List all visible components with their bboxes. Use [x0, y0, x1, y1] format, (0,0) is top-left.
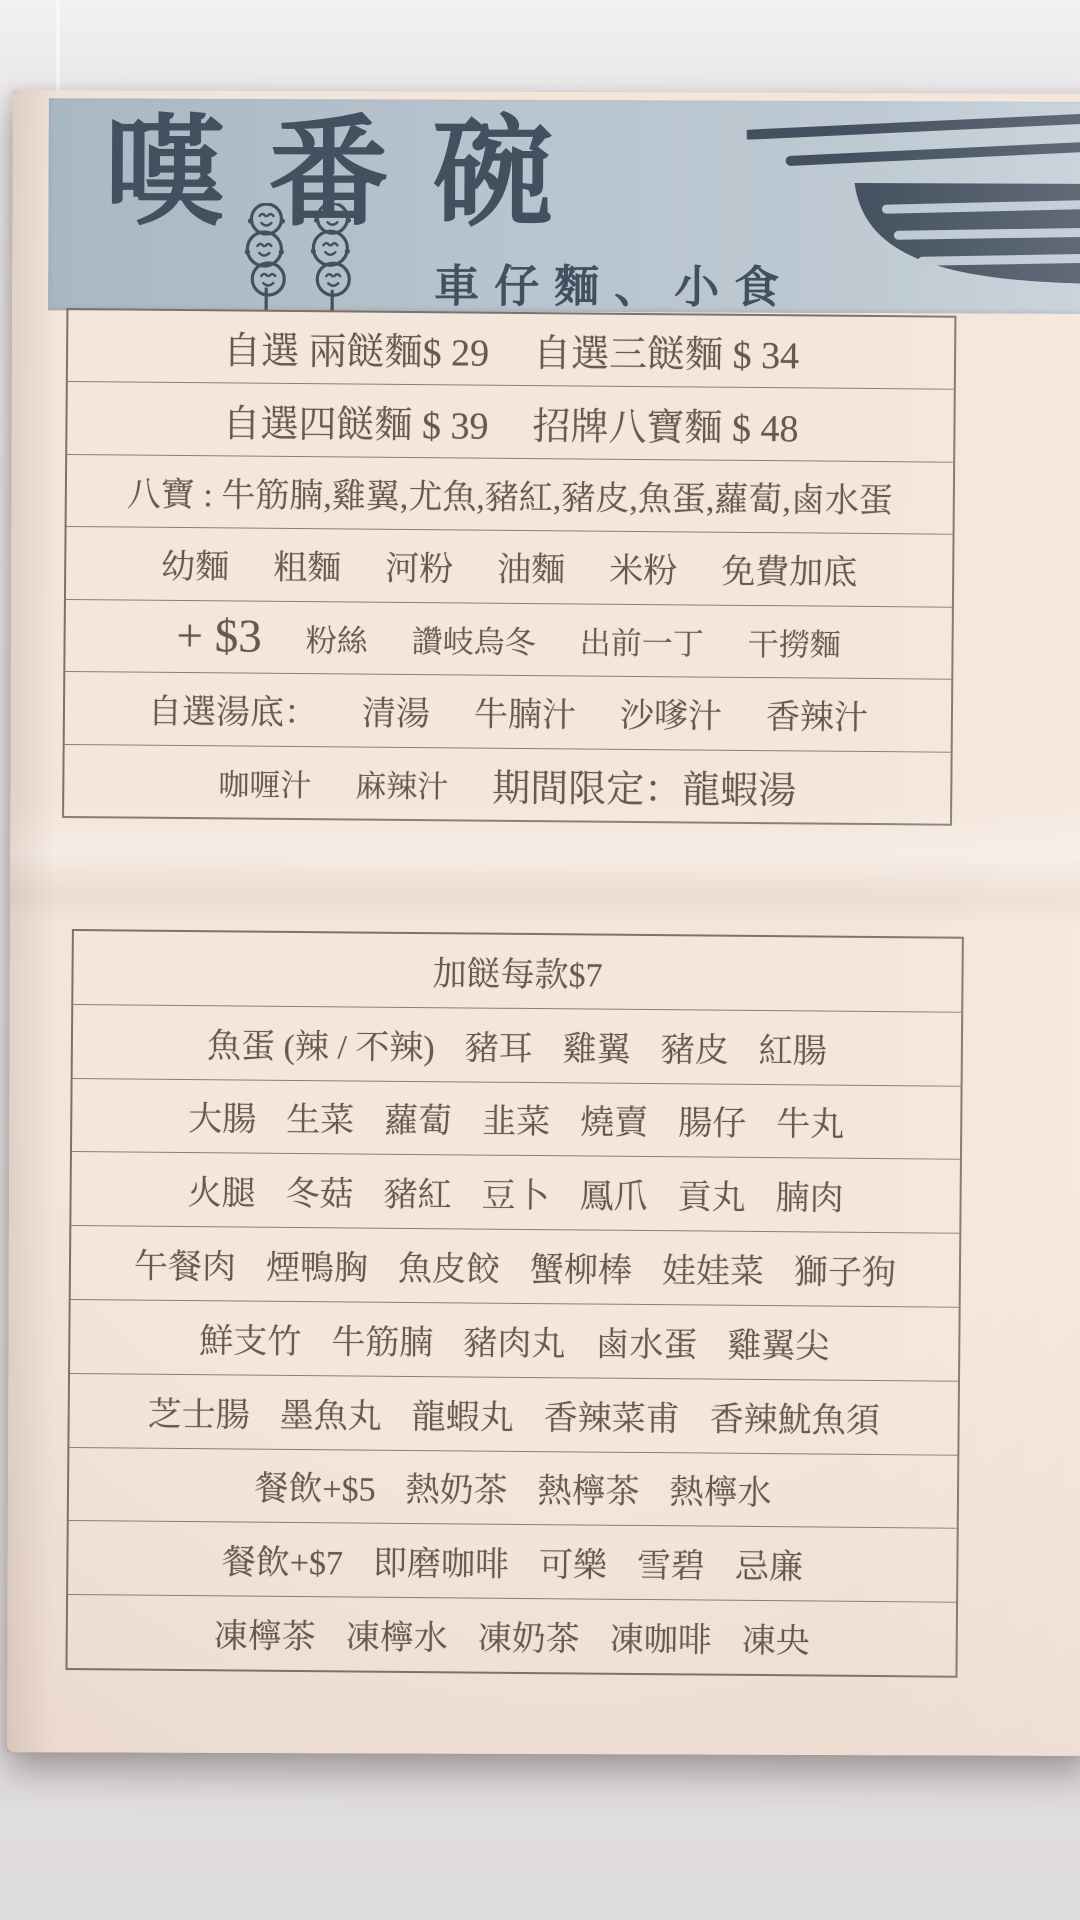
menu-item-text: 熱檸水 — [669, 1465, 771, 1515]
bowl-logo-icon — [746, 105, 1080, 302]
menu-row: 自選 兩餸麵$ 29自選三餸麵 $ 34 — [68, 310, 955, 389]
menu-item-text: 魚皮餃 — [398, 1241, 500, 1291]
menu-photo: 嘆番碗 — [0, 0, 1080, 1920]
menu-item-text: 冬菇 — [285, 1166, 353, 1216]
menu-row: 咖喱汁麻辣汁期間限定：龍蝦湯 — [64, 744, 951, 824]
menu-item-text: 餐飲+$5 — [254, 1461, 376, 1511]
menu-row: 午餐肉煙鴨胸魚皮餃蟹柳棒娃娃菜獅子狗 — [71, 1225, 960, 1307]
menu-item-text: 雞翼 — [563, 1021, 631, 1071]
menu-item-text: 粗麵 — [273, 540, 341, 590]
menu-item-text: 麻辣汁 — [355, 760, 448, 806]
menu-item-text: 鮮支竹 — [199, 1313, 301, 1363]
menu-item-text: 米粉 — [609, 543, 677, 593]
restaurant-header-band: 嘆番碗 — [48, 98, 1080, 314]
menu-item-text: 大腸 — [188, 1092, 256, 1142]
menu-paper-sheet: 嘆番碗 — [7, 90, 1080, 1756]
menu-item-text: 八寶 : 牛筋腩,雞翼,尤魚,豬紅,豬皮,魚蛋,蘿蔔,鹵水蛋 — [127, 467, 893, 523]
menu-item-text: 出前一丁 — [580, 617, 704, 663]
menu-item-text: 自選三餸麵 $ 34 — [533, 322, 799, 379]
menu-item-text: 豬皮 — [661, 1022, 729, 1072]
menu-item-text: 粉絲 — [306, 615, 368, 661]
menu-row: 加餸每款$7 — [73, 931, 962, 1012]
menu-item-text: 自選四餸麵 $ 39 — [222, 392, 488, 449]
menu-item-text: 蟹柳棒 — [530, 1242, 632, 1292]
menu-item-text: 清湯 — [362, 686, 430, 736]
menu-item-text: 咖喱汁 — [218, 759, 311, 805]
menu-row: 幼麵粗麵河粉油麵米粉免費加底 — [66, 526, 953, 606]
menu-item-text: 香辣菜甫 — [543, 1390, 679, 1440]
fishball-skewer-mascots-icon — [220, 203, 382, 312]
menu-item-text: 加餸每款$7 — [432, 946, 602, 996]
menu-item-text: 可樂 — [539, 1537, 607, 1587]
menu-item-text: + $3 — [176, 609, 262, 664]
menu-item-text: 期間限定：龍蝦湯 — [492, 756, 796, 814]
menu-item-text: 鹵水蛋 — [595, 1316, 697, 1366]
menu-item-text: 龍蝦丸 — [411, 1389, 513, 1439]
menu-row: 自選湯底：清湯牛腩汁沙嗲汁香辣汁 — [65, 671, 952, 751]
menu-item-text: 香辣魷魚須 — [709, 1391, 879, 1441]
menu-item-text: 凍奶茶 — [478, 1611, 580, 1661]
menu-item-text: 芝士腸 — [148, 1386, 250, 1436]
wall-seam — [56, 0, 60, 96]
menu-item-text: 自選 兩餸麵$ 29 — [223, 320, 489, 377]
menu-item-text: 沙嗲汁 — [620, 688, 722, 738]
menu-item-text: 煙鴨胸 — [266, 1240, 368, 1290]
menu-item-text: 紅腸 — [759, 1023, 827, 1073]
menu-item-text: 凍央 — [742, 1613, 810, 1663]
menu-row: 大腸生菜蘿蔔韭菜燒賣腸仔牛丸 — [72, 1078, 961, 1160]
menu-item-text: 忌廉 — [735, 1539, 803, 1589]
menu-item-text: 雞翼尖 — [727, 1318, 829, 1368]
menu-row: 凍檸茶凍檸水凍奶茶凍咖啡凍央 — [67, 1594, 956, 1676]
menu-item-text: 墨魚丸 — [280, 1388, 382, 1438]
menu-item-text: 腸仔 — [678, 1096, 746, 1146]
menu-item-text: 豆卜 — [481, 1168, 549, 1218]
menu-item-text: 雪碧 — [637, 1538, 705, 1588]
menu-item-text: 魚蛋 (辣 / 不辣) — [207, 1018, 435, 1069]
menu-item-text: 即磨咖啡 — [373, 1536, 509, 1586]
menu-item-text: 午餐肉 — [134, 1239, 236, 1289]
menu-item-text: 牛丸 — [776, 1097, 844, 1147]
paper-shade — [7, 90, 59, 1752]
menu-item-text: 牛腩汁 — [474, 687, 576, 737]
menu-row: 自選四餸麵 $ 39招牌八寶麵 $ 48 — [67, 381, 954, 461]
menu-item-text: 油麵 — [497, 542, 565, 592]
menu-item-text: 火腿 — [187, 1165, 255, 1215]
menu-row: 八寶 : 牛筋腩,雞翼,尤魚,豬紅,豬皮,魚蛋,蘿蔔,鹵水蛋 — [67, 454, 954, 534]
menu-row: + $3粉絲讚岐烏冬出前一丁干撈麵 — [65, 599, 952, 679]
menu-row: 魚蛋 (辣 / 不辣)豬耳雞翼豬皮紅腸 — [73, 1004, 962, 1086]
menu-item-text: 凍咖啡 — [610, 1612, 712, 1662]
menu-item-text: 熱檸茶 — [537, 1464, 639, 1514]
menu-item-text: 韭菜 — [482, 1094, 550, 1144]
menu-item-text: 免費加底 — [721, 544, 857, 594]
menu-item-text: 貢丸 — [677, 1170, 745, 1220]
menu-item-text: 牛筋腩 — [331, 1314, 433, 1364]
topping-table: 加餸每款$7魚蛋 (辣 / 不辣)豬耳雞翼豬皮紅腸大腸生菜蘿蔔韭菜燒賣腸仔牛丸火… — [65, 929, 963, 1678]
menu-item-text: 凍檸水 — [346, 1609, 448, 1659]
menu-item-text: 娃娃菜 — [662, 1243, 764, 1293]
menu-row: 芝士腸墨魚丸龍蝦丸香辣菜甫香辣魷魚須 — [69, 1373, 958, 1455]
menu-row: 火腿冬菇豬紅豆卜鳳爪貢丸腩肉 — [71, 1151, 960, 1233]
menu-item-text: 河粉 — [385, 541, 453, 591]
menu-item-text: 豬耳 — [465, 1020, 533, 1070]
menu-subtitle: 車仔麵、小食 — [434, 250, 794, 316]
menu-item-text: 自選湯底： — [148, 684, 318, 734]
menu-row: 餐飲+$7即磨咖啡可樂雪碧忌廉 — [68, 1520, 957, 1602]
menu-item-text: 獅子狗 — [794, 1244, 896, 1294]
menu-row: 餐飲+$5熱奶茶熱檸茶熱檸水 — [69, 1447, 958, 1529]
menu-item-text: 招牌八寶麵 $ 48 — [532, 395, 798, 452]
menu-item-text: 鳳爪 — [579, 1169, 647, 1219]
menu-item-text: 豬紅 — [383, 1167, 451, 1217]
menu-item-text: 熱奶茶 — [405, 1462, 507, 1512]
menu-item-text: 干撈麵 — [748, 619, 841, 665]
noodle-price-table: 自選 兩餸麵$ 29自選三餸麵 $ 34自選四餸麵 $ 39招牌八寶麵 $ 48… — [62, 308, 956, 826]
menu-item-text: 燒賣 — [580, 1095, 648, 1145]
menu-item-text: 幼麵 — [161, 539, 229, 589]
menu-item-text: 餐飲+$7 — [222, 1535, 344, 1585]
menu-item-text: 蘿蔔 — [384, 1093, 452, 1143]
menu-row: 鮮支竹牛筋腩豬肉丸鹵水蛋雞翼尖 — [70, 1299, 959, 1381]
menu-item-text: 腩肉 — [775, 1170, 843, 1220]
menu-item-text: 豬肉丸 — [463, 1315, 565, 1365]
menu-item-text: 凍檸茶 — [214, 1608, 316, 1658]
menu-item-text: 讚岐烏冬 — [412, 616, 536, 662]
menu-item-text: 生菜 — [286, 1092, 354, 1142]
menu-item-text: 香辣汁 — [766, 689, 868, 739]
